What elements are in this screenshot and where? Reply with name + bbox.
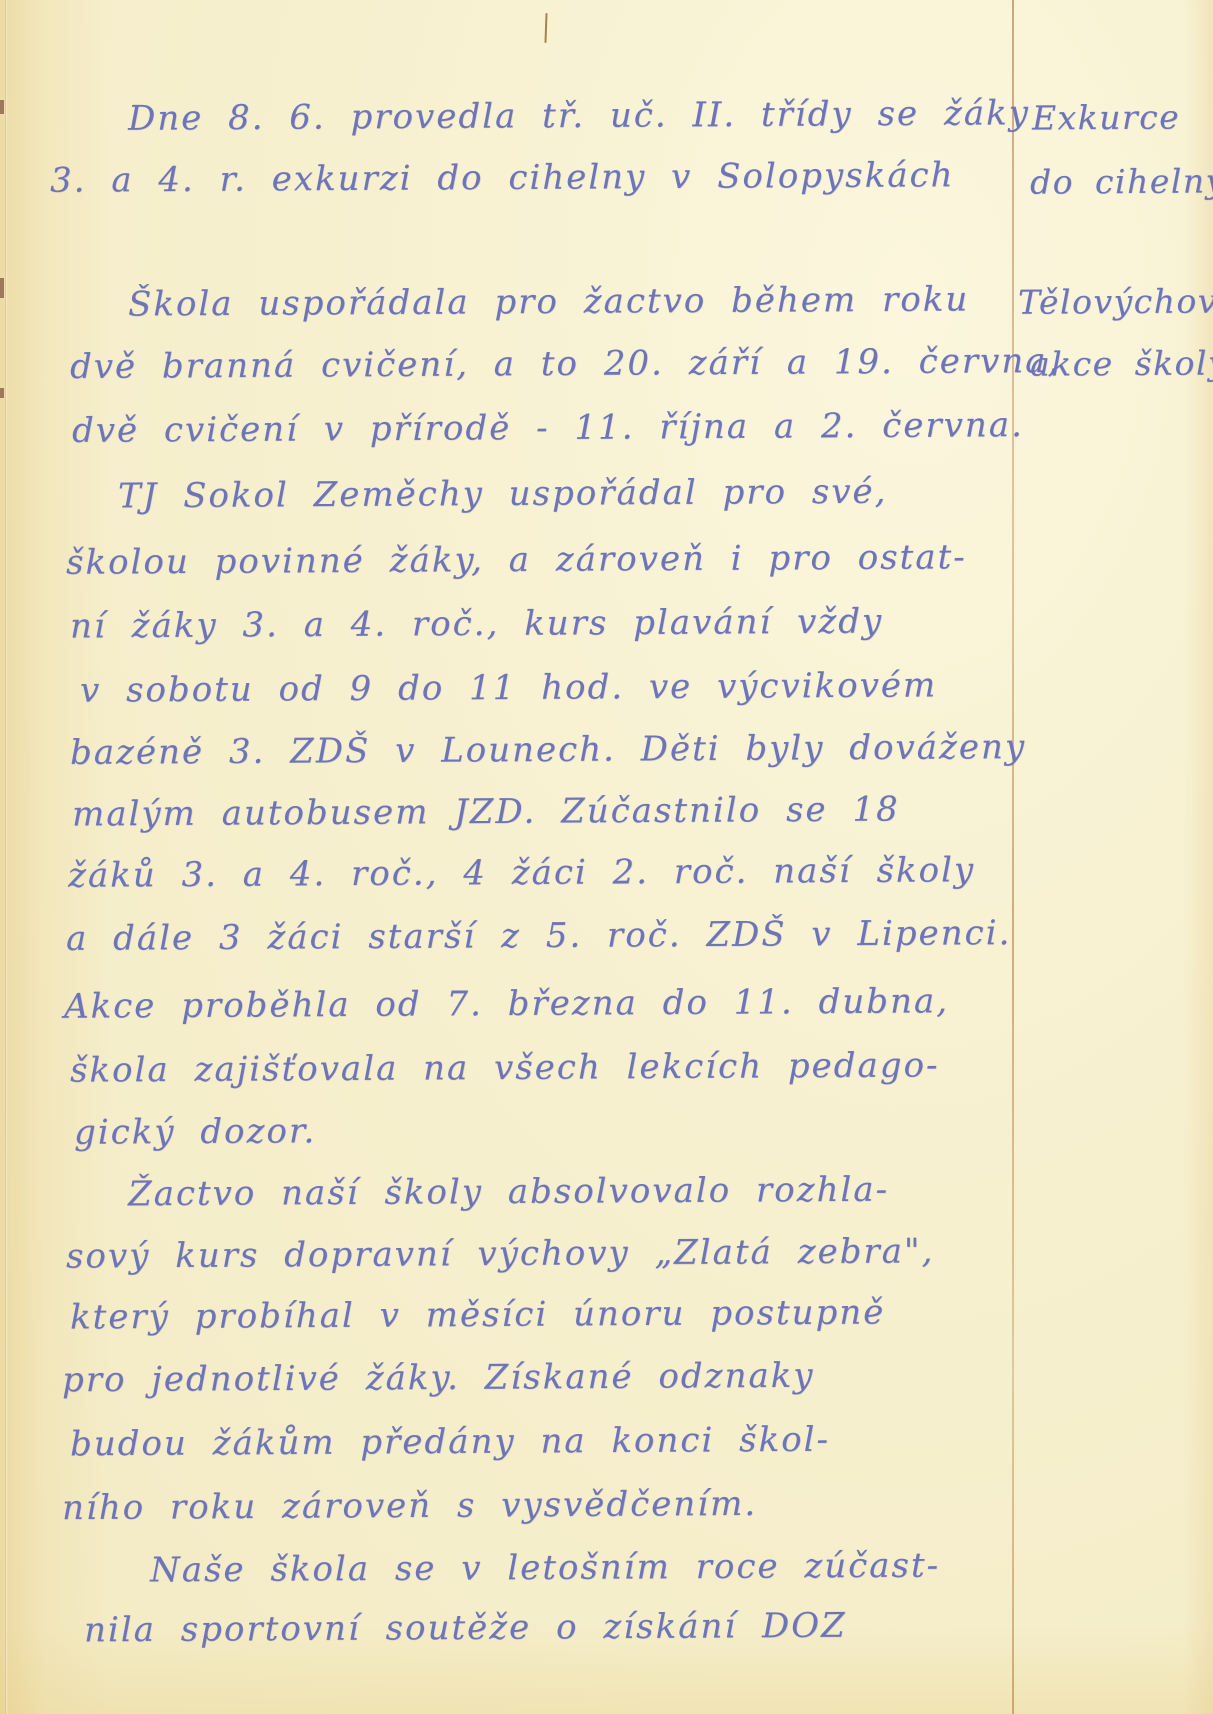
margin-note: akce školy: [1030, 343, 1213, 384]
handwritten-line: ní žáky 3. a 4. roč., kurs plavání vždy: [70, 602, 883, 647]
handwritten-line: žáků 3. a 4. roč., 4 žáci 2. roč. naší š…: [68, 850, 975, 896]
edge-tick: [0, 100, 4, 114]
edge-tick: [0, 388, 4, 398]
handwritten-line: dvě branná cvičení, a to 20. září a 19. …: [70, 341, 1061, 387]
handwritten-line: bazéně 3. ZDŠ v Lounech. Děti byly dováž…: [70, 727, 1026, 773]
handwritten-line: malým autobusem JZD. Zúčastnilo se 18: [72, 789, 900, 834]
handwritten-line: sový kurs dopravní výchovy „Zlatá zebra"…: [66, 1231, 935, 1276]
handwritten-line: gický dozor.: [74, 1111, 316, 1152]
handwritten-line: v sobotu od 9 do 11 hod. ve výcvikovém: [80, 665, 937, 710]
handwritten-line: škola zajišťovala na všech lekcích pedag…: [70, 1045, 940, 1090]
margin-note: Exkurce: [1032, 98, 1180, 139]
handwritten-line: pro jednotlivé žáky. Získané odznaky: [62, 1356, 815, 1401]
handwritten-line: dvě cvičení v přírodě - 11. října a 2. č…: [72, 405, 1024, 451]
handwritten-line: Dne 8. 6. provedla tř. uč. II. třídy se …: [128, 93, 1030, 139]
margin-note: Tělovýchovné: [1018, 281, 1213, 322]
chronicle-page: Dne 8. 6. provedla tř. uč. II. třídy se …: [0, 0, 1213, 1714]
margin-rule-line: [1012, 0, 1014, 1714]
handwritten-line: školou povinné žáky, a zároveň i pro ost…: [66, 537, 967, 583]
handwritten-line: a dále 3 žáci starší z 5. roč. ZDŠ v Lip…: [66, 913, 1012, 959]
handwritten-line: nila sportovní soutěže o získání DOZ: [84, 1606, 847, 1651]
handwritten-line: budou žákům předány na konci škol-: [70, 1420, 830, 1465]
margin-note: do cihelny: [1030, 161, 1213, 202]
edge-tick: [0, 278, 4, 298]
page-edge-crease: [5, 0, 8, 1714]
handwritten-line: Žactvo naší školy absolvovalo rozhla-: [128, 1170, 889, 1215]
handwritten-line: Akce proběhla od 7. března do 11. dubna,: [64, 981, 949, 1026]
handwritten-line: 3. a 4. r. exkurzi do cihelny v Solopysk…: [50, 155, 955, 201]
handwritten-line: který probíhal v měsíci únoru postupně: [70, 1293, 886, 1338]
handwritten-line: Naše škola se v letošním roce zúčast-: [150, 1546, 940, 1591]
ink-mark: [544, 13, 547, 43]
handwritten-line: Škola uspořádala pro žactvo během roku: [128, 279, 969, 324]
handwritten-line: TJ Sokol Zeměchy uspořádal pro své,: [118, 472, 888, 517]
handwritten-line: ního roku zároveň s vysvědčením.: [62, 1484, 757, 1528]
